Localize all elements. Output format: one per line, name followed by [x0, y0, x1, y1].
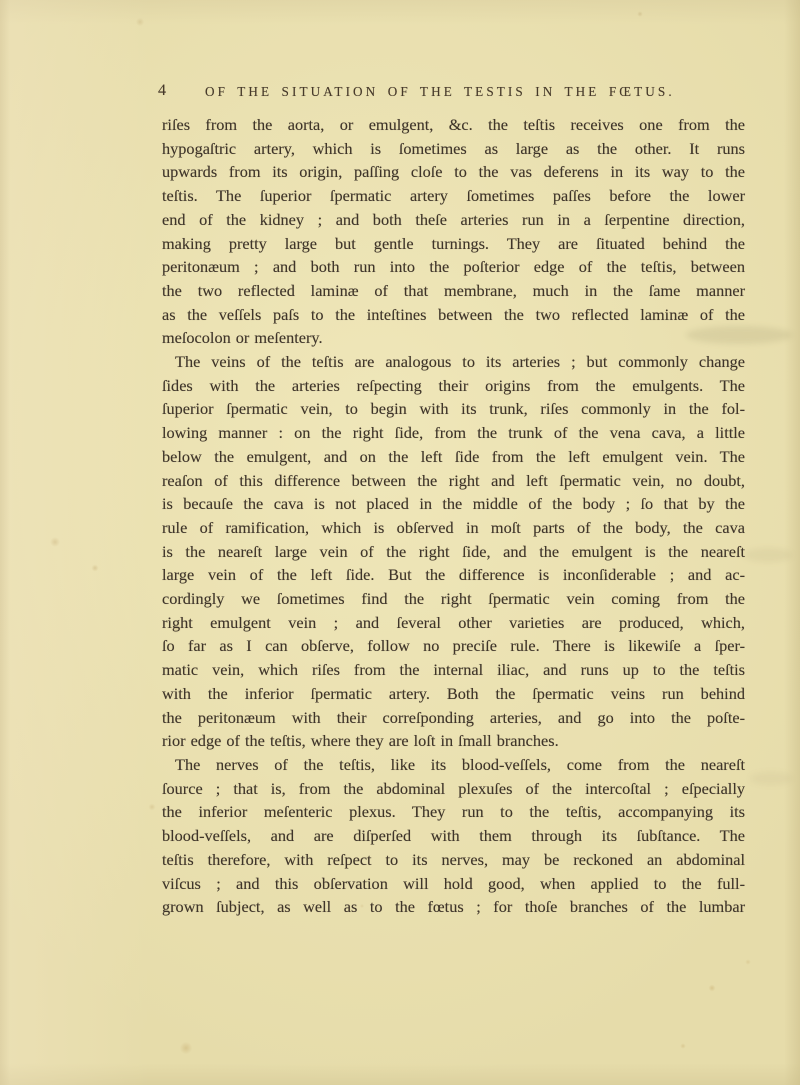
text-line: large vein of the left ſide. But the dif… [162, 563, 745, 587]
text-line: hypogaſtric artery, which is ſometimes a… [162, 137, 745, 161]
text-line: cordingly we ſometimes find the right ſp… [162, 587, 745, 611]
text-line: peritonæum ; and both run into the poſte… [162, 255, 745, 279]
body-text: riſes from the aorta, or emulgent, &c. t… [162, 113, 745, 919]
text-line: ſuperior ſpermatic vein, to begin with i… [162, 397, 745, 421]
text-line: ſo far as I can obſerve, follow no preci… [162, 634, 745, 658]
text-line: right emulgent vein ; and ſeveral other … [162, 611, 745, 635]
text-line: blood-veſſels, and are diſperſed with th… [162, 824, 745, 848]
running-title: OF THE SITUATION OF THE TESTIS IN THE FŒ… [205, 84, 675, 100]
text-line: is the neareſt large vein of the right ſ… [162, 540, 745, 564]
bleed-through-smudge [750, 772, 792, 785]
text-line: The veins of the teſtis are analogous to… [162, 350, 745, 374]
text-line: is becauſe the cava is not placed in the… [162, 492, 745, 516]
text-line: making pretty large but gentle turnings.… [162, 232, 745, 256]
text-line: below the emulgent, and on the left ſide… [162, 445, 745, 469]
text-line: end of the kidney ; and both theſe arter… [162, 208, 745, 232]
text-line: upwards from its origin, paſſing cloſe t… [162, 160, 745, 184]
text-line: ſource ; that is, from the abdominal ple… [162, 777, 745, 801]
page-number: 4 [158, 82, 167, 100]
page-header: 4 OF THE SITUATION OF THE TESTIS IN THE … [0, 82, 800, 102]
text-line: meſocolon or meſentery. [162, 326, 745, 350]
text-line: teſtis therefore, with reſpect to its ne… [162, 848, 745, 872]
text-line: ſides with the arteries reſpecting their… [162, 374, 745, 398]
text-line: reaſon of this difference between the ri… [162, 469, 745, 493]
text-line: riſes from the aorta, or emulgent, &c. t… [162, 113, 745, 137]
text-line: grown ſubject, as well as to the fœtus ;… [162, 895, 745, 919]
text-line: the peritonæum with their correſponding … [162, 706, 745, 730]
text-line: as the veſſels paſs to the inteſtines be… [162, 303, 745, 327]
bleed-through-smudge [744, 548, 792, 562]
text-line: viſcus ; and this obſervation will hold … [162, 872, 745, 896]
text-line: the two reflected laminæ of that membran… [162, 279, 745, 303]
text-line: the inferior meſenteric plexus. They run… [162, 800, 745, 824]
text-line: rior edge of the teſtis, where they are … [162, 729, 745, 753]
text-line: matic vein, which riſes from the interna… [162, 658, 745, 682]
text-line: teſtis. The ſuperior ſpermatic artery ſo… [162, 184, 745, 208]
text-line: The nerves of the teſtis, like its blood… [162, 753, 745, 777]
text-line: rule of ramification, which is obſerved … [162, 516, 745, 540]
text-line: with the inferior ſpermatic artery. Both… [162, 682, 745, 706]
text-line: lowing manner : on the right ſide, from … [162, 421, 745, 445]
